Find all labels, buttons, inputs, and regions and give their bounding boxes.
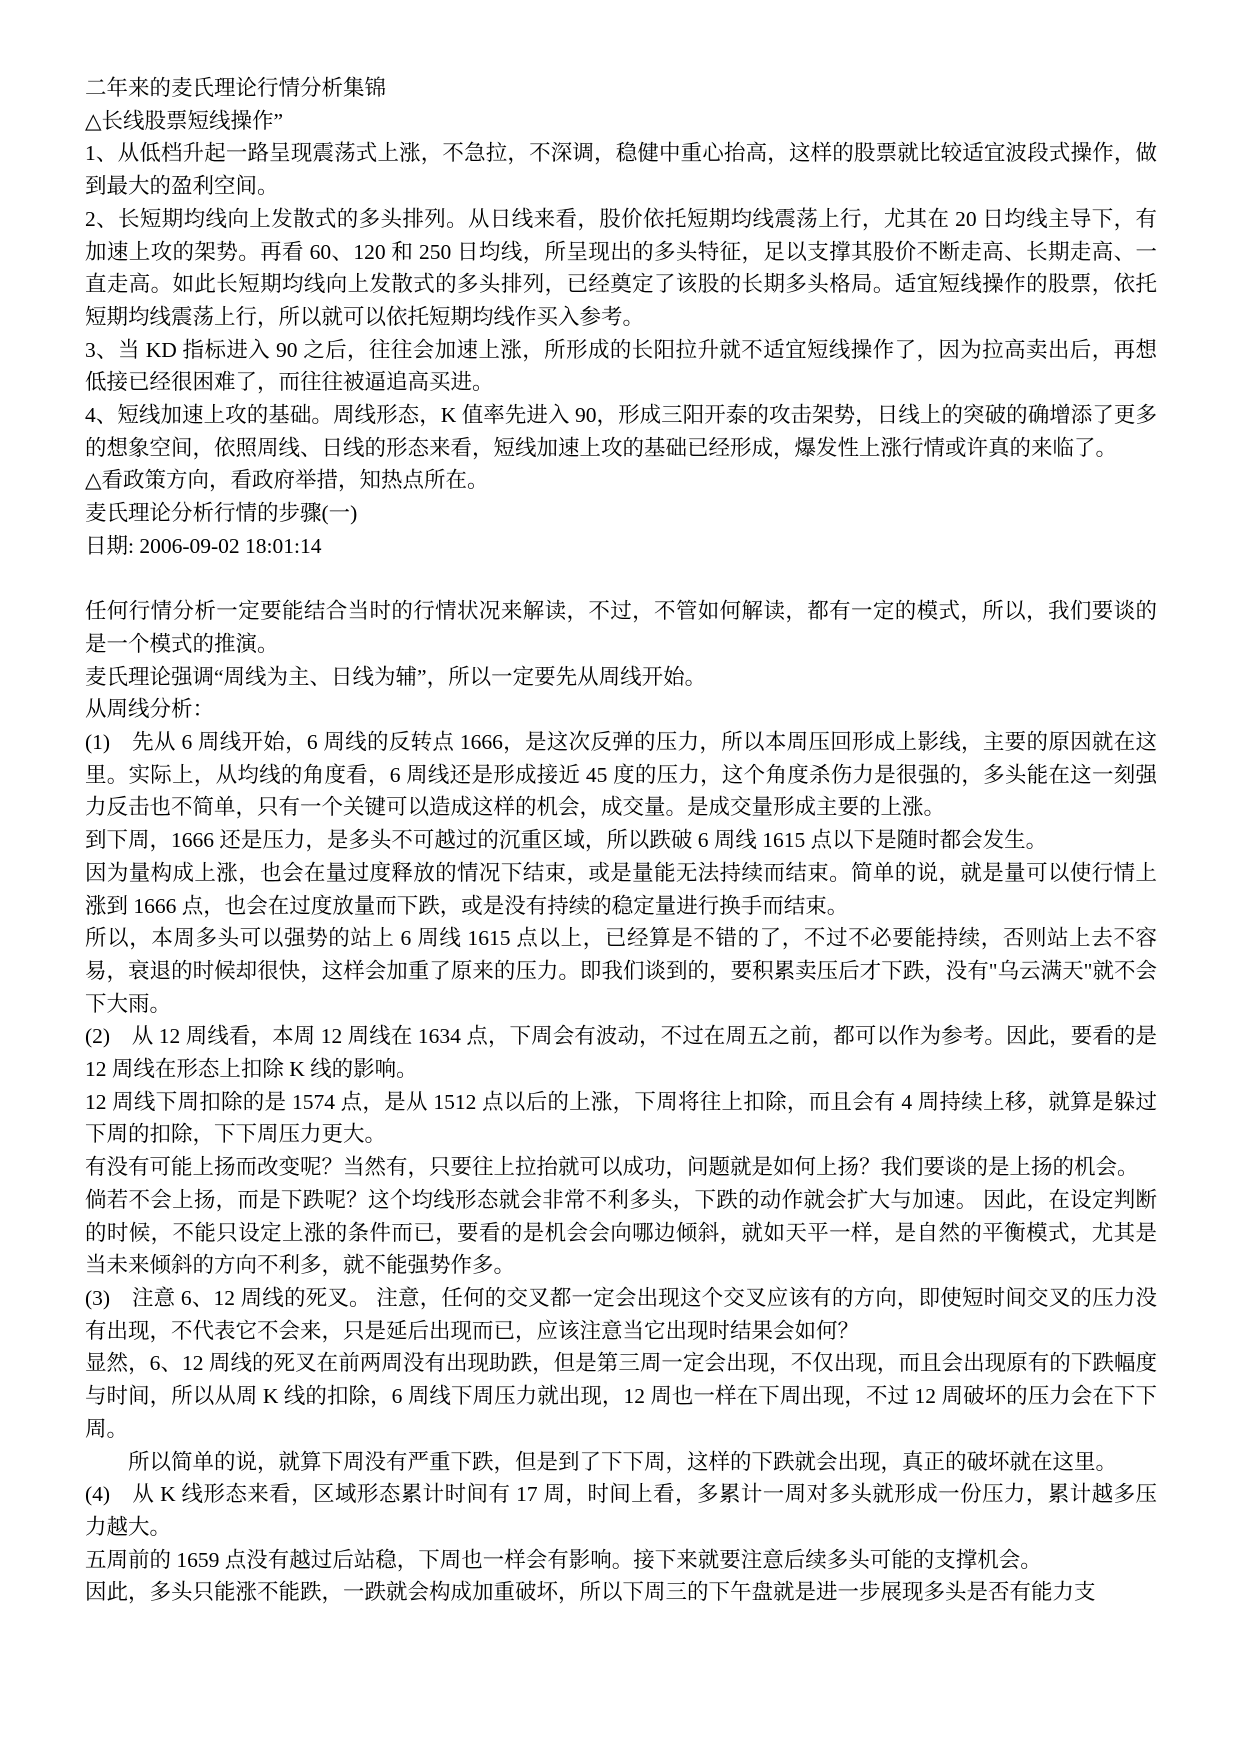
paragraph-17: 所以，本周多头可以强势的站上 6 周线 1615 点以上，已经算是不错的了，不过… [85, 922, 1157, 1020]
paragraph-2: △长线股票短线操作” [85, 105, 1157, 138]
paragraph-13: 从周线分析： [85, 693, 1157, 726]
paragraph-21: 倘若不会上扬，而是下跌呢？这个均线形态就会非常不利多头，下跌的动作就会扩大与加速… [85, 1184, 1157, 1282]
paragraph-24: 所以简单的说，就算下周没有严重下跌，但是到了下下周，这样的下跌就会出现，真正的破… [85, 1446, 1157, 1479]
paragraph-7: △看政策方向，看政府举措，知热点所在。 [85, 464, 1157, 497]
paragraph-23: 显然，6、12 周线的死叉在前两周没有出现助跌，但是第三周一定会出现，不仅出现，… [85, 1347, 1157, 1445]
document-page: 二年来的麦氏理论行情分析集锦△长线股票短线操作”1、从低档升起一路呈现震荡式上涨… [0, 0, 1241, 1754]
paragraph-6: 4、短线加速上攻的基础。周线形态，K 值率先进入 90，形成三阳开泰的攻击架势，… [85, 399, 1157, 464]
blank-line [85, 563, 1157, 596]
paragraph-15: 到下周，1666 还是压力，是多头不可越过的沉重区域，所以跌破 6 周线 161… [85, 824, 1157, 857]
paragraph-12: 麦氏理论强调“周线为主、日线为辅”，所以一定要先从周线开始。 [85, 661, 1157, 694]
document-body: 二年来的麦氏理论行情分析集锦△长线股票短线操作”1、从低档升起一路呈现震荡式上涨… [85, 72, 1157, 1609]
paragraph-14: (1) 先从 6 周线开始，6 周线的反转点 1666，是这次反弹的压力，所以本… [85, 726, 1157, 824]
paragraph-9: 日期: 2006-09-02 18:01:14 [85, 530, 1157, 563]
paragraph-8: 麦氏理论分析行情的步骤(一) [85, 497, 1157, 530]
paragraph-11: 任何行情分析一定要能结合当时的行情状况来解读，不过，不管如何解读，都有一定的模式… [85, 595, 1157, 660]
paragraph-25: (4) 从 K 线形态来看，区域形态累计时间有 17 周，时间上看，多累计一周对… [85, 1478, 1157, 1543]
paragraph-4: 2、长短期均线向上发散式的多头排列。从日线来看，股价依托短期均线震荡上行，尤其在… [85, 203, 1157, 334]
paragraph-5: 3、当 KD 指标进入 90 之后，往往会加速上涨，所形成的长阳拉升就不适宜短线… [85, 334, 1157, 399]
paragraph-16: 因为量构成上涨，也会在量过度释放的情况下结束，或是量能无法持续而结束。简单的说，… [85, 857, 1157, 922]
paragraph-26: 五周前的 1659 点没有越过后站稳，下周也一样会有影响。接下来就要注意后续多头… [85, 1544, 1157, 1577]
paragraph-22: (3) 注意 6、12 周线的死叉。 注意，任何的交叉都一定会出现这个交叉应该有… [85, 1282, 1157, 1347]
paragraph-18: (2) 从 12 周线看，本周 12 周线在 1634 点，下周会有波动，不过在… [85, 1020, 1157, 1085]
paragraph-3: 1、从低档升起一路呈现震荡式上涨，不急拉，不深调，稳健中重心抬高，这样的股票就比… [85, 137, 1157, 202]
paragraph-19: 12 周线下周扣除的是 1574 点，是从 1512 点以后的上涨，下周将往上扣… [85, 1086, 1157, 1151]
paragraph-1: 二年来的麦氏理论行情分析集锦 [85, 72, 1157, 105]
paragraph-20: 有没有可能上扬而改变呢？当然有，只要往上拉抬就可以成功，问题就是如何上扬？我们要… [85, 1151, 1157, 1184]
paragraph-27: 因此，多头只能涨不能跌，一跌就会构成加重破坏，所以下周三的下午盘就是进一步展现多… [85, 1576, 1157, 1609]
